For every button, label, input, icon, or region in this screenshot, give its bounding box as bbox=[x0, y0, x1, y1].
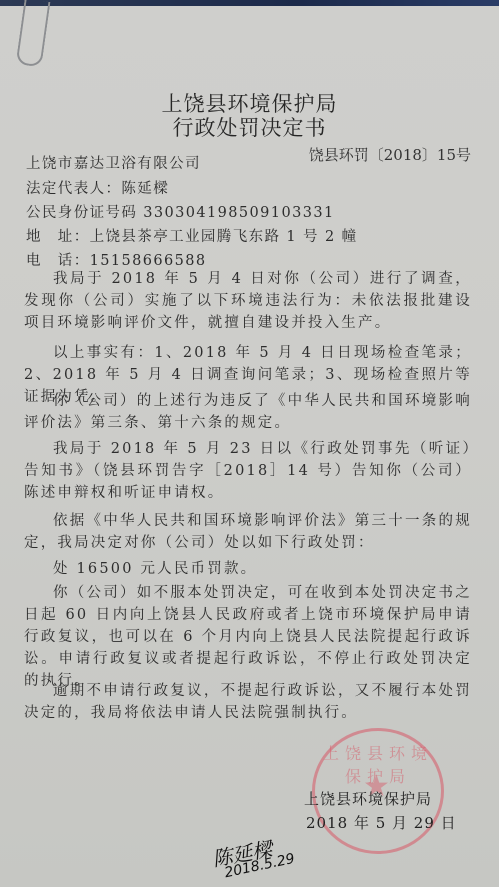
paragraph-enforcement: 逾期不申请行政复议，不提起行政诉讼，又不履行本处罚决定的，我局将依法申请人民法院… bbox=[24, 680, 472, 724]
party-name: 上饶市嘉达卫浴有限公司 bbox=[26, 152, 201, 173]
paragraph-violation: 你（公司）的上述行为违反了《中华人民共和国环境影响评价法》第三条、第十六条的规定… bbox=[24, 390, 472, 434]
signing-organization: 上饶县环境保护局 bbox=[304, 788, 432, 809]
paragraph-notice: 我局于 2018 年 5 月 23 日以《行政处罚事先（听证）告知书》（饶县环罚… bbox=[24, 438, 472, 504]
phone: 电 话：15158666588 bbox=[26, 249, 206, 270]
legal-representative: 法定代表人：陈延樑 bbox=[26, 177, 169, 198]
id-number: 公民身份证号码 330304198509103331 bbox=[26, 201, 335, 222]
address: 地 址：上饶县茶亭工业园腾飞东路 1 号 2 幢 bbox=[26, 225, 358, 246]
paragraph-investigation: 我局于 2018 年 5 月 4 日对你（公司）进行了调查，发现你（公司）实施了… bbox=[24, 268, 472, 334]
signing-date: 2018 年 5 月 29 日 bbox=[306, 812, 457, 833]
document-number: 饶县环罚〔2018〕15号 bbox=[309, 144, 471, 165]
paragraph-basis: 依据《中华人民共和国环境影响评价法》第三十一条的规定，我局决定对你（公司）处以如… bbox=[24, 510, 472, 554]
document-title: 行政处罚决定书 bbox=[0, 112, 499, 142]
paragraph-penalty: 处 16500 元人民币罚款。 bbox=[24, 558, 472, 580]
paragraph-appeal: 你（公司）如不服本处罚决定，可在收到本处罚决定书之日起 60 日内向上饶县人民政… bbox=[24, 582, 472, 692]
